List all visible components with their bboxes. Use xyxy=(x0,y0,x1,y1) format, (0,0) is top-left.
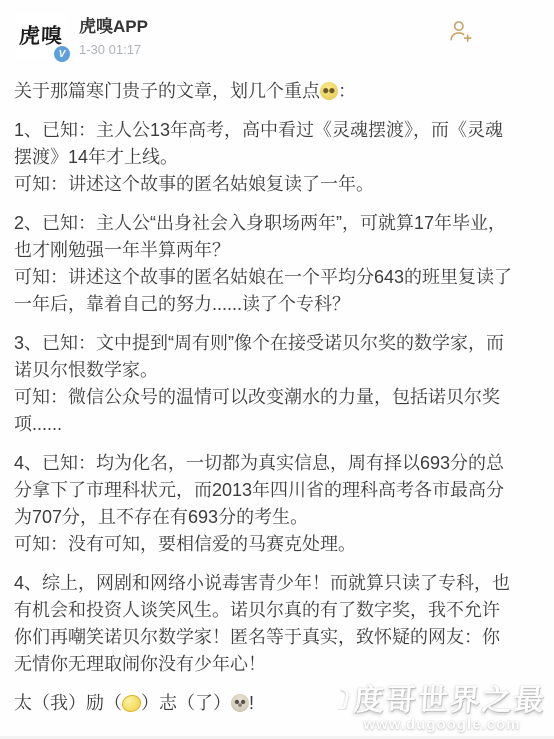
watermark-url: www.dugoogle.com xyxy=(338,716,546,733)
account-info: 虎嗅APP 1-30 01:17 xyxy=(79,12,148,57)
avatar[interactable]: 虎嗅 V xyxy=(16,12,66,60)
follow-button[interactable] xyxy=(441,12,480,49)
paragraph-5: 4、综上，网剧和网络小说毒害青少年！而就算只读了专科，也有机会和投资人谈笑风生。… xyxy=(14,570,514,678)
intro-colon: ： xyxy=(338,81,356,101)
intro-line: 关于那篇寒门贵子的文章，划几个重点： xyxy=(14,78,514,105)
post-timestamp: 1-30 01:17 xyxy=(79,42,148,57)
verified-badge-icon: V xyxy=(52,44,72,64)
lemon-emoji xyxy=(122,695,141,712)
paragraph-2: 2、已知：主人公“出身社会入身职场两年”，可就算17年毕业，也才刚勉强一年半算两… xyxy=(14,210,514,318)
closing-text-1: 太（我）励（ xyxy=(14,693,122,713)
paragraph-1: 1、已知：主人公13年高考，高中看过《灵魂摆渡》，而《灵魂摆渡》14年才上线。 … xyxy=(14,117,514,198)
closing-text-2: ）志（了） xyxy=(141,693,231,713)
account-name[interactable]: 虎嗅APP xyxy=(79,16,148,38)
doge-face-emoji xyxy=(231,694,249,712)
post-content: 关于那篇寒门贵子的文章，划几个重点： 1、已知：主人公13年高考，高中看过《灵魂… xyxy=(0,60,554,717)
intro-text: 关于那篇寒门贵子的文章，划几个重点 xyxy=(14,81,320,101)
post-header: 虎嗅 V 虎嗅APP 1-30 01:17 xyxy=(0,0,554,60)
weibo-post: 虎嗅 V 虎嗅APP 1-30 01:17 关于那篇寒门贵子的文章，划几个重点：… xyxy=(0,0,554,739)
person-plus-icon xyxy=(447,33,474,48)
paragraph-4: 4、已知：均为化名，一切都为真实信息，周有择以693分的总分拿下了市理科状元，而… xyxy=(14,450,514,558)
yellow-face-emoji xyxy=(320,82,338,100)
closing-text-3: ! xyxy=(249,693,254,713)
closing-line: 太（我）励（）志（了）! xyxy=(14,690,514,717)
paragraph-3: 3、已知：文中提到“周有则”像个在接受诺贝尔奖的数学家，而诺贝尔恨数学家。 可知… xyxy=(14,330,514,438)
